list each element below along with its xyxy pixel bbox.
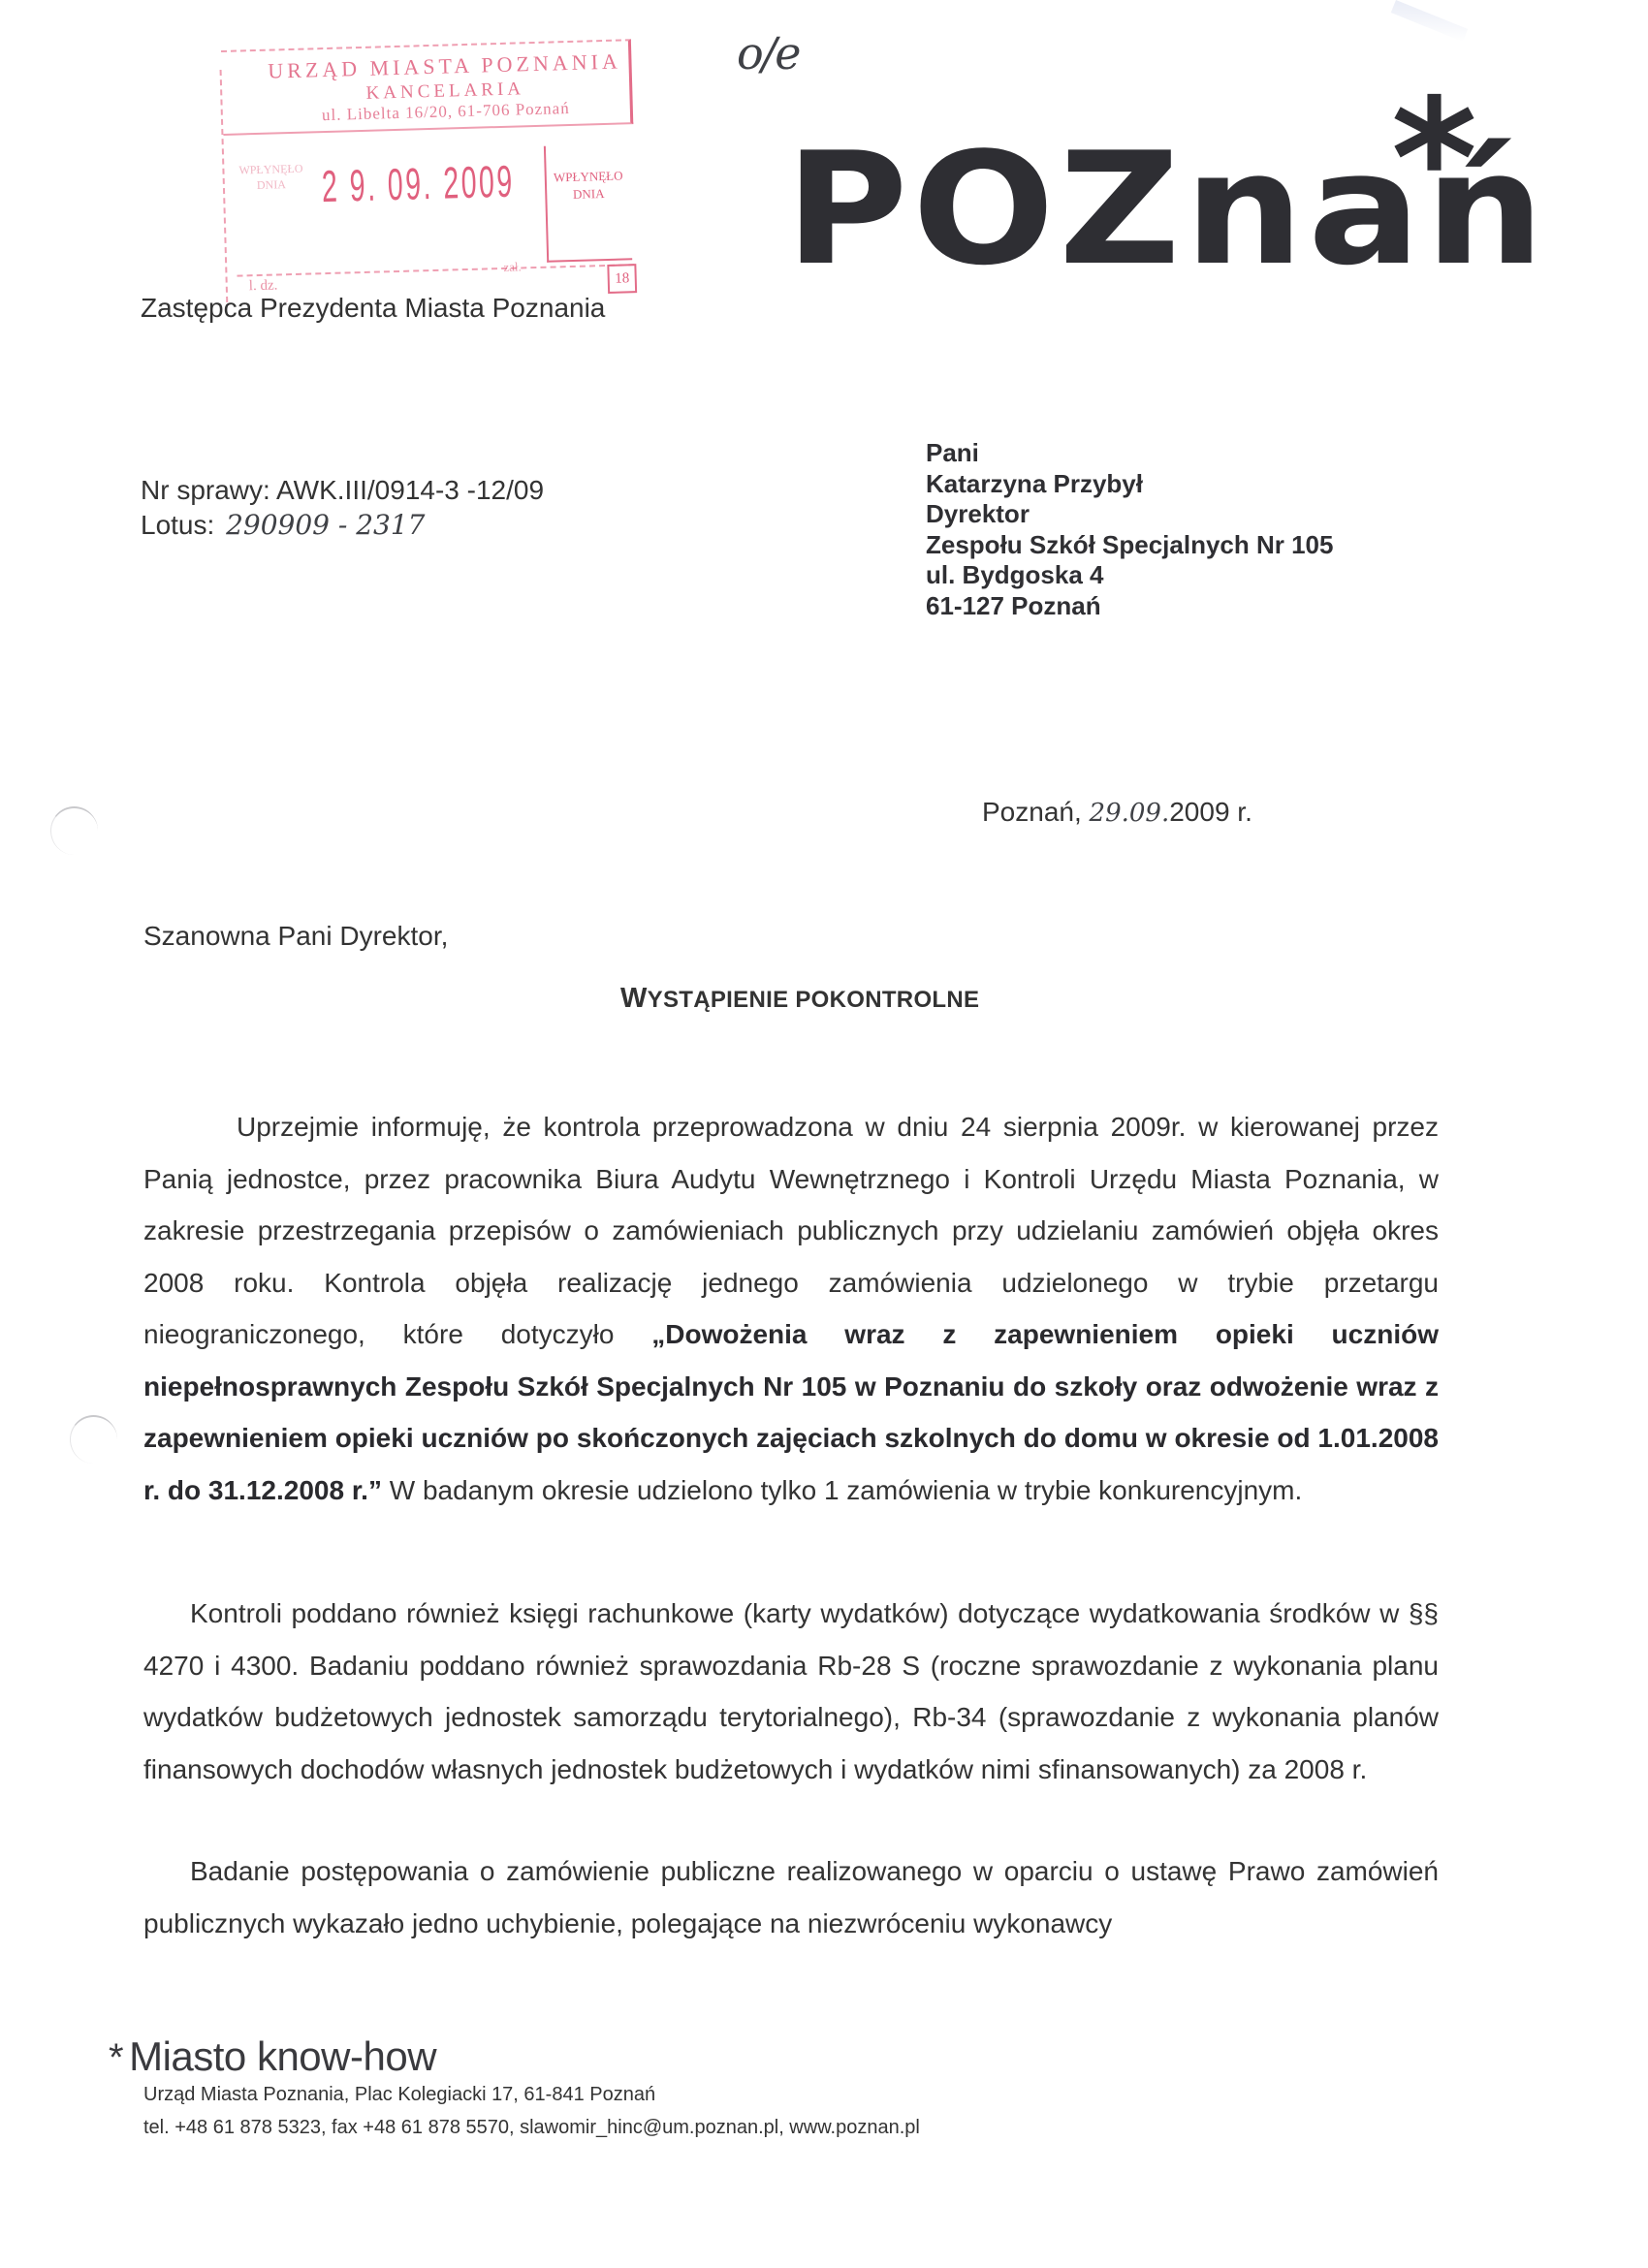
recipient-street: ul. Bydgoska 4 [926,560,1333,591]
salutation: Szanowna Pani Dyrektor, [143,921,448,952]
stamp-received-date: 2 9. 09. 2009 [321,155,515,213]
stamp-received-label-faded: WPŁYNĘŁO DNIA [232,160,310,193]
handwritten-initials: o/e [737,27,799,79]
recipient-line: Pani [926,438,1333,469]
footer-contact: tel. +48 61 878 5323, fax +48 61 878 557… [143,2117,920,2139]
handwritten-date: 29.09. [1090,799,1170,828]
recipient-name: Katarzyna Przybył [926,469,1333,500]
stamp-attachments-label: zał. [503,259,522,275]
registry-stamp: URZĄD MIASTA POZNANIA KANCELARIA ul. Lib… [221,39,645,295]
paragraph-text: Uprzejmie informuję, że kontrola przepro… [143,1112,1439,1349]
paragraph-text: W badanym okresie udzielono tylko 1 zamó… [382,1475,1302,1505]
stamp-sheet-number: 18 [607,264,637,294]
footer-slogan: *Miasto know-how [109,2033,436,2080]
recipient-institution: Zespołu Szkół Specjalnych Nr 105 [926,530,1333,561]
asterisk-icon: * [109,2036,123,2079]
lotus-line: Lotus: 290909 - 2317 [141,508,544,543]
page-fold-artifact [1391,0,1468,42]
place-and-date: Poznań, 29.09.2009 r. [982,797,1252,828]
punch-hole-mark [50,806,98,855]
slogan-text: Miasto know-how [129,2033,436,2079]
case-number-line: Nr sprawy: AWK.III/0914-3 -12/09 [141,473,544,508]
recipient-address: Pani Katarzyna Przybył Dyrektor Zespołu … [926,438,1333,621]
lotus-number-handwritten: 290909 - 2317 [226,509,425,541]
body-paragraph-1: Uprzejmie informuję, że kontrola przepro… [143,1101,1439,1516]
stamp-received-label: WPŁYNĘŁO DNIA [544,143,632,262]
stamp-received-label-line2: DNIA [547,184,630,204]
body-paragraph-3: Badanie postępowania o zamówienie public… [143,1845,1439,1949]
stamp-divider [237,264,634,276]
case-number-label: Nr sprawy: [141,475,270,505]
footer-address: Urząd Miasta Poznania, Plac Kolegiacki 1… [143,2084,655,2106]
subject-text: YSTĄPIENIE POKONTROLNE [648,987,980,1013]
stamp-received-label-line1: WPŁYNĘŁO [547,167,630,186]
case-reference: Nr sprawy: AWK.III/0914-3 -12/09 Lotus: … [141,473,544,543]
recipient-city: 61-127 Poznań [926,591,1333,622]
date-year: 2009 r. [1169,797,1252,827]
place: Poznań, [982,797,1082,827]
case-number-value: AWK.III/0914-3 -12/09 [276,475,544,505]
punch-hole-mark [70,1415,117,1464]
lotus-label: Lotus: [141,510,214,540]
subject-initial: W [620,983,648,1014]
recipient-position: Dyrektor [926,499,1333,530]
letter-subject: WYSTĄPIENIE POKONTROLNE [620,983,979,1015]
body-paragraph-2: Kontroli poddano również księgi rachunko… [143,1588,1439,1795]
asterisk-icon: * [1391,78,1477,242]
sender-title: Zastępca Prezydenta Miasta Poznania [141,293,605,324]
